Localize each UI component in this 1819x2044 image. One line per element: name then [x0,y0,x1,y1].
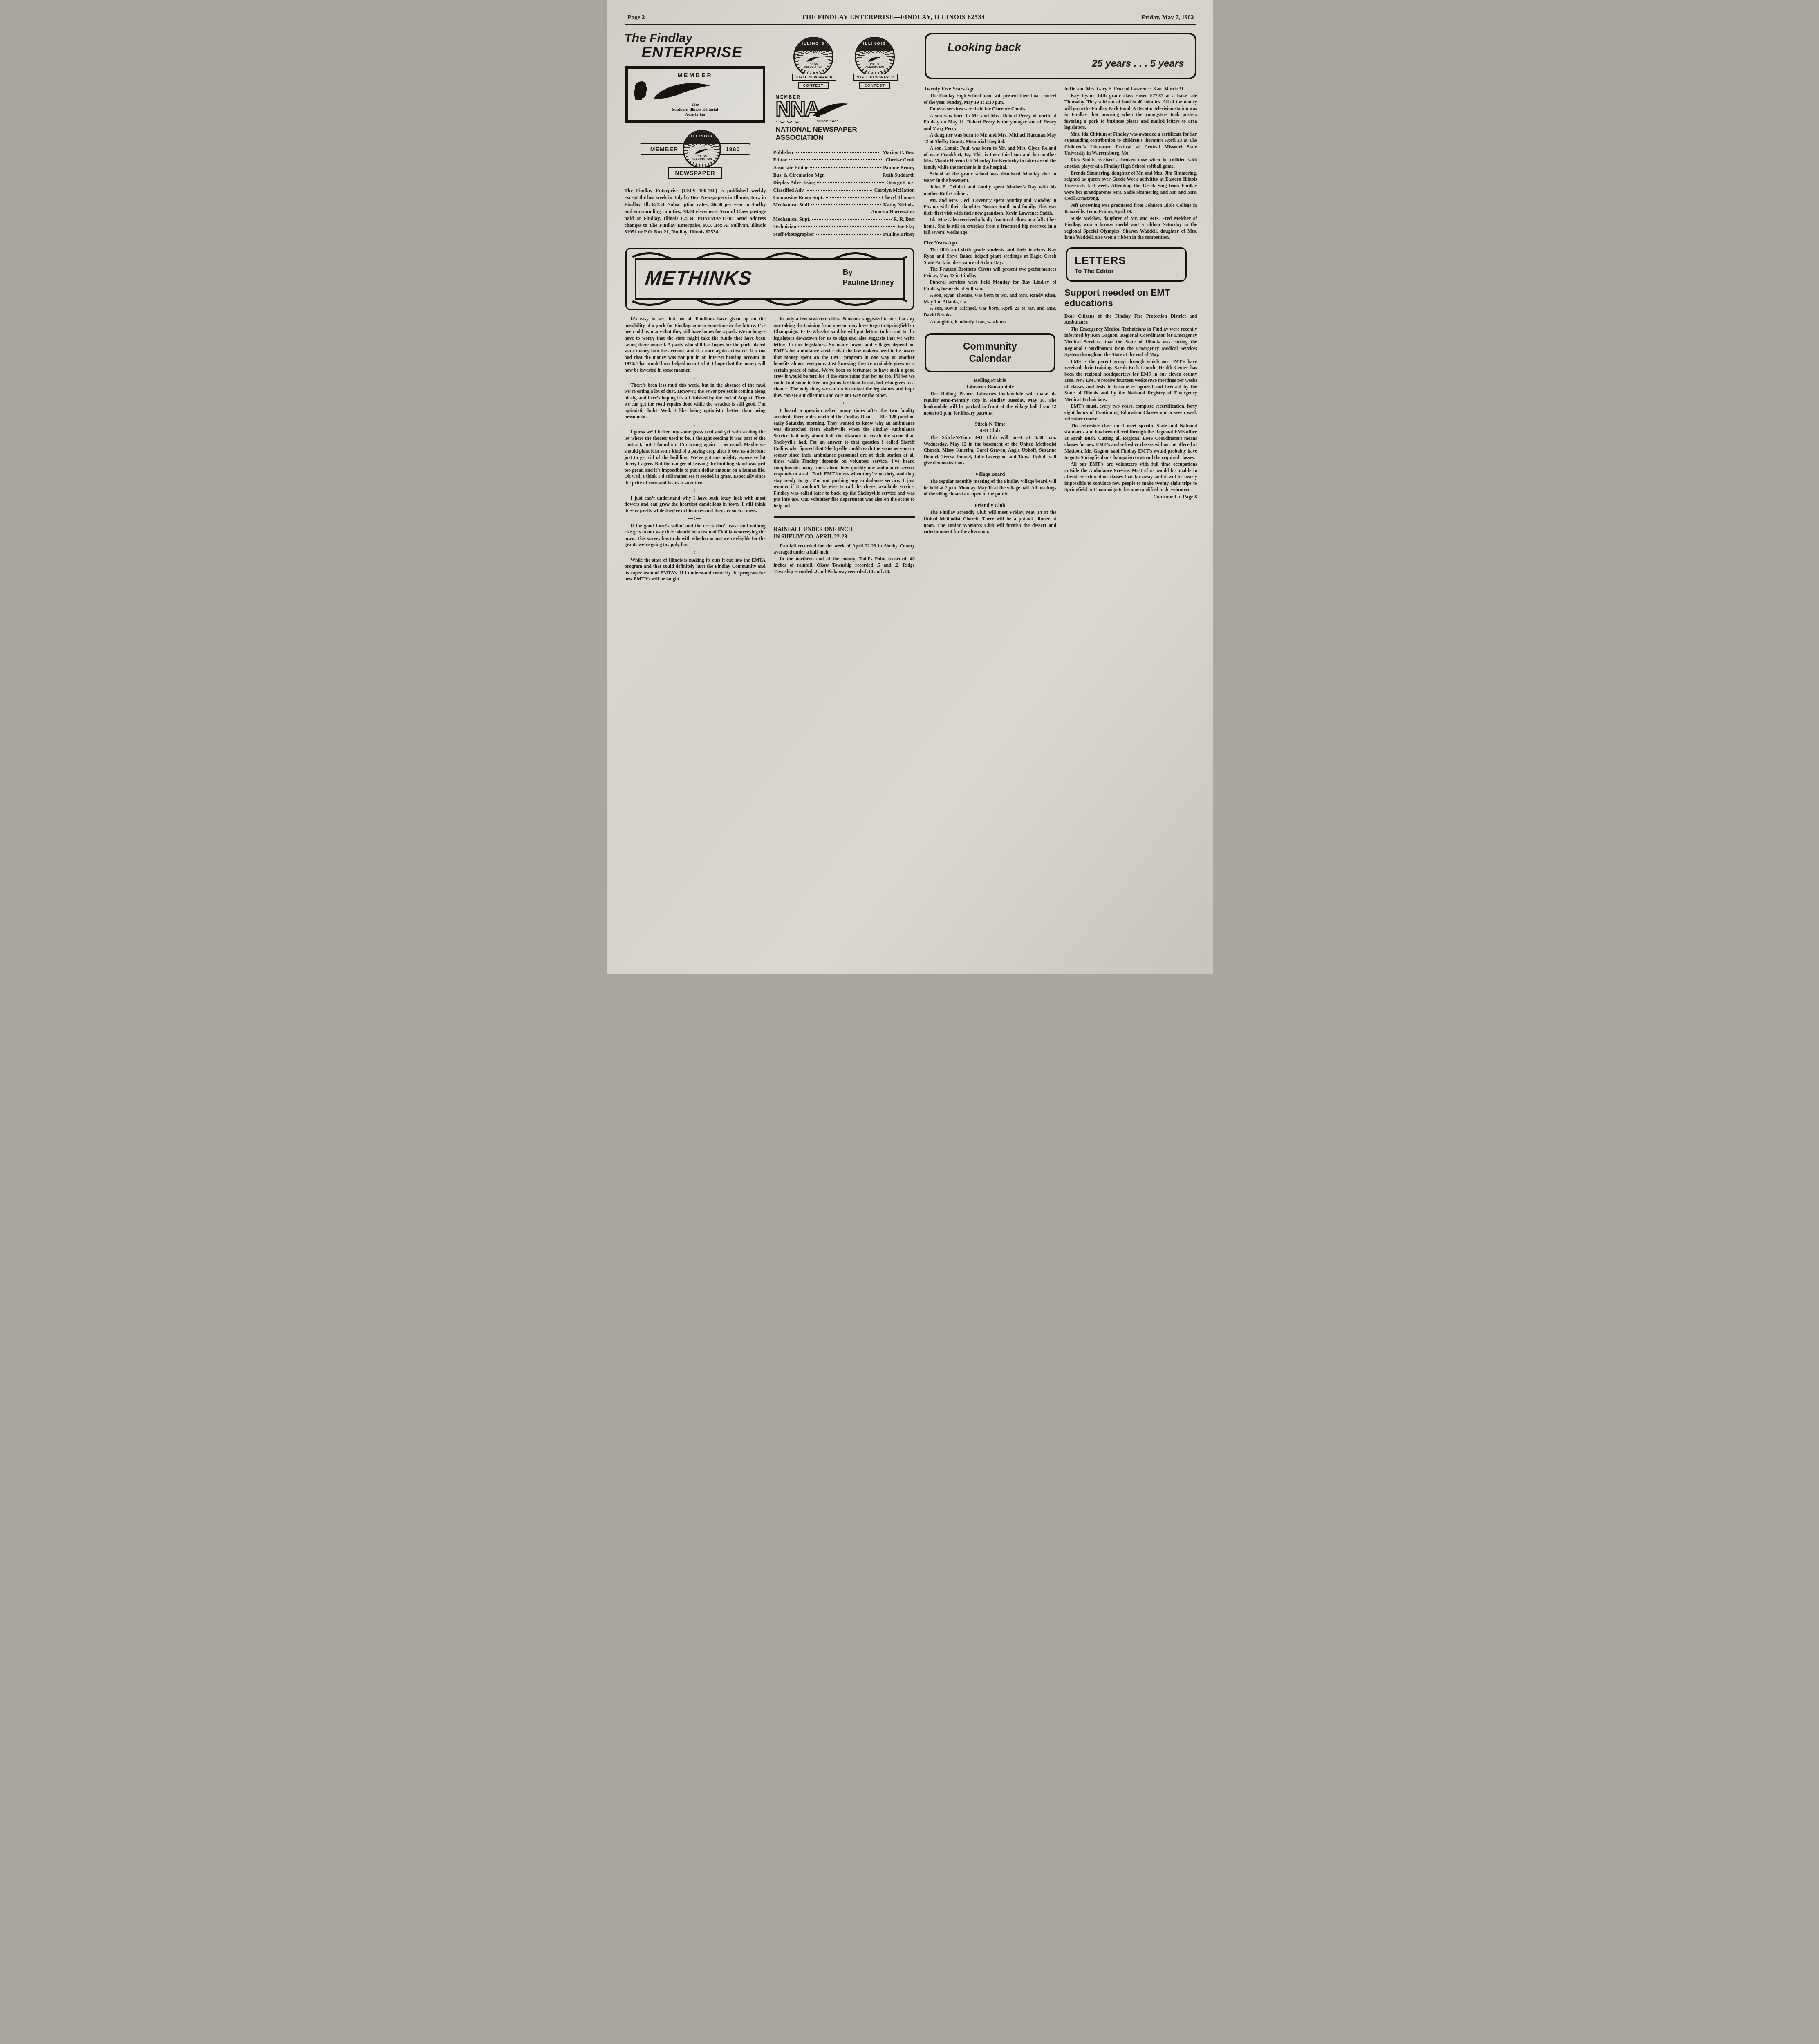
section-heading: Five Years Ago [924,240,1056,246]
calendar-item: The Rolling Prairie Libraries bookmobile… [924,391,1056,416]
staff-role: Associate Editor [773,164,809,171]
community-calendar-header-box: Community Calendar [925,333,1055,372]
rainfall-headline: RAINFALL UNDER ONE INCH IN SHELBY CO. AP… [774,526,915,540]
calendar-heading-line2: Libraries Bookmobile [924,384,1056,390]
staff-name: Marion E. Best [883,149,915,156]
quill-pen-icon [652,80,713,101]
nna-member-badge: MEMBER NNA SINCE 1885 NATIONAL [776,95,915,141]
staff-role: Bus. & Circulation Mgr. [773,171,825,179]
editorial-association-member-box: MEMBER The Southern Il [625,66,765,123]
methinks-byline: By Pauline Briney [843,268,894,288]
staff-row: Associate EditorPauline Briney [773,164,915,171]
paragraph: I heard a question asked many times afte… [774,408,915,509]
dotted-leader [812,219,891,220]
news-item: A son was born to Mr. and Mrs. Robert Pe… [924,113,1056,132]
letter-salutation: Dear Citizens of the Findlay Fire Protec… [1064,313,1197,326]
sie-member-label: MEMBER [632,72,759,78]
page-masthead: THE FINDLAY ENTERPRISE—FINDLAY, ILLINOIS… [802,14,985,21]
dotted-leader [827,175,880,175]
staff-name: Cherise Cruit [885,156,914,164]
news-item: A daughter, Kimberly Jean, was born [924,319,1056,325]
staff-name: Pauline Briney [883,164,915,171]
ipa-seal-line2: ASSOCIATION [692,158,712,161]
letters-subtitle: To The Editor [1075,268,1178,275]
news-item: Ida Mae Allen received a badly fractured… [924,217,1056,236]
methinks-header-box: METHINKS By Pauline Briney [625,248,914,310]
contest-seal-banner2: CONTEST [798,82,829,89]
contest-seal-line1: PRESS [809,63,818,66]
byline-by: By [843,268,853,277]
calendar-section-heading: Rolling Prairie Libraries Bookmobile [924,377,1056,390]
sie-org-name: The Southern Illinois Editorial Associat… [632,102,759,118]
page-header: Page 2 THE FINDLAY ENTERPRISE—FINDLAY, I… [625,12,1197,24]
calendar-item: The Findlay Friendly Club will meet Frid… [924,509,1056,535]
left-top-columns: The Findlay ENTERPRISE MEMBER [625,31,915,240]
staff-name-second-line: Annetta Hortenstine [773,208,915,215]
staff-name: Ruth Suddarth [883,171,915,179]
portrait-graphic [632,80,650,101]
nna-org-name: NATIONAL NEWSPAPER ASSOCIATION [776,126,915,141]
state-newspaper-contest-seal: ILLINOIS PRESS ASSOCIATION STATE NEWSPAP… [792,37,835,89]
letters-title: LETTERS [1075,254,1178,267]
column-title: METHINKS [644,267,833,289]
section-divider: —:— [625,421,766,428]
ipa-year-ribbon: 1980 [719,143,750,155]
news-item: Rick Smith received a broken nose when h… [1064,157,1197,170]
news-item: School at the grade school was dismissed… [924,171,1056,184]
news-item: Funeral services were held for Clarence … [924,106,1056,112]
letter-paragraph: All our EMT’s are volunteers with full t… [1064,461,1197,493]
nameplate-line2: ENTERPRISE [625,45,766,60]
paragraph: I guess we’d better buy some grass seed … [625,429,766,486]
community-calendar-title-line2: Calendar [930,353,1050,365]
section-divider: —:— [625,549,766,556]
staff-role: Editor [773,156,787,164]
left-column-2: ILLINOIS PRESS ASSOCIATION STATE NEWSPAP… [773,31,915,240]
news-item: Funeral services were held Monday for Ra… [924,279,1056,292]
section-divider: —:— [625,374,766,381]
staff-row: TechnicianJoe Elzy [773,223,915,230]
nna-since-label: SINCE 1885 [817,119,839,123]
dotted-leader [798,226,895,227]
methinks-column-1: It’s easy to see that not all Findlians … [625,316,766,583]
sie-org-line2: Association [685,113,705,117]
staff-role: Staff Photographer [773,231,815,238]
contest-seal-banner2: CONTEST [859,82,890,89]
dotted-leader [807,190,872,191]
right-half: Looking back 25 years . . . 5 years Twen… [924,31,1197,583]
looking-back-column-2: to Dr. and Mrs. Gary E. Price of Lawrenc… [1064,86,1197,536]
news-item: The Franzen Brothers Circus will present… [924,266,1056,279]
contest-seal-arc: ILLINOIS [856,41,894,46]
community-calendar-title-line1: Community [930,341,1050,353]
calendar-item: The regular monthly meeting of the Findl… [924,478,1056,498]
sie-org-the: The [692,102,699,107]
contest-seal-banner1: STATE NEWSPAPER [792,74,836,81]
staff-name: R. R. Best [894,215,915,223]
staff-row: Composing Room Supt.Cheryl Thomas [773,194,915,201]
nameplate: The Findlay ENTERPRISE [625,32,766,61]
quill-icon [812,101,851,119]
quill-icon [806,56,821,63]
contest-seal-arc: ILLINOIS [795,41,832,46]
letters-to-editor-box: LETTERS To The Editor [1066,247,1186,282]
section-divider: —:— [625,487,766,494]
paragraph: It’s easy to see that not all Findlians … [625,316,766,373]
contest-seal-graphic: ILLINOIS PRESS ASSOCIATION [855,37,895,77]
staff-role: Technician [773,223,796,230]
letter-headline: Support needed on EMT educations [1064,287,1197,309]
staff-role: Publisher [773,149,794,156]
news-item: Susie Melcher, daughter of Mr. and Mrs. … [1064,215,1197,241]
news-item: to Dr. and Mrs. Gary E. Price of Lawrenc… [1064,86,1197,92]
newspaper-page: Page 2 THE FINDLAY ENTERPRISE—FINDLAY, I… [607,0,1213,974]
methinks-title-box: METHINKS By Pauline Briney [635,258,905,300]
left-column-1: The Findlay ENTERPRISE MEMBER [625,31,766,240]
paragraph: There’s been less mud this week, but in … [625,382,766,420]
news-item: The fifth and sixth grade students and t… [924,247,1056,266]
staff-role: Display Advertising [773,179,815,186]
staff-row: Mechanical StaffKathy Nichols, [773,201,915,208]
rainfall-headline-line2: IN SHELBY CO. APRIL 22-29 [774,533,847,540]
staff-row: PublisherMarion E. Best [773,149,915,156]
wavy-border-top [632,252,907,258]
contest-seal-center: PRESS ASSOCIATION [798,53,829,72]
letter-paragraph: The Emergency Medical Technicians in Fin… [1064,326,1197,358]
looking-back-body: Twenty Five Years Ago The Findlay High S… [924,86,1197,536]
article-rule [774,516,915,518]
ipa-member-ribbon: MEMBER [640,143,685,155]
dotted-leader [810,167,881,168]
staff-name: Cheryl Thomas [882,194,915,201]
paragraph: in only a few scattered cities. Someone … [774,316,915,399]
dotted-leader [817,182,884,183]
contest-seal-line1: PRESS [870,63,879,66]
letter-paragraph: The refresher class must meet specific S… [1064,423,1197,461]
news-item: Mrs. Ida Chittum of Findlay was awarded … [1064,131,1197,157]
contest-seal-center: PRESS ASSOCIATION [860,53,890,72]
dotted-leader [811,204,881,205]
paragraph: In the northern end of the county, Todd’… [774,556,915,575]
looking-back-header-box: Looking back 25 years . . . 5 years [925,33,1196,79]
calendar-heading-line1: Friendly Club [924,502,1056,509]
page-date: Friday, May 7, 1982 [1142,14,1194,21]
calendar-heading-line1: Stitch-N-Time [924,421,1056,428]
staff-name: Joe Elzy [897,223,915,230]
illinois-press-association-seal: ILLINOIS PRESS ASSOCIATION [683,130,721,168]
calendar-section-heading: Stitch-N-Time 4-H Club [924,421,1056,434]
staff-row: EditorCherise Cruit [773,156,915,164]
staff-row: Classified Adv.Carolyn McHatton [773,186,915,194]
staff-role: Mechanical Supt. [773,215,811,223]
paragraph: While the state of Illinois is making it… [625,557,766,583]
paragraph: If the good Lord’s willin’ and the creek… [625,523,766,548]
sie-artwork [632,80,759,101]
dotted-leader [789,159,883,160]
methinks-body: It’s easy to see that not all Findlians … [625,316,915,583]
ipa-ribbon-row: MEMBER ILLINOIS PRESS ASSOCIATION 1980 [625,130,766,168]
staff-role: Classified Adv. [773,186,805,194]
quill-icon [695,148,709,155]
staff-row: Bus. & Circulation Mgr.Ruth Suddarth [773,171,915,179]
byline-name: Pauline Briney [843,278,894,287]
staff-row: Mechanical Supt.R. R. Best [773,215,915,223]
contest-seal-banner1: STATE NEWSPAPER [853,74,898,81]
contest-seals: ILLINOIS PRESS ASSOCIATION STATE NEWSPAP… [773,37,915,89]
page-body: The Findlay ENTERPRISE MEMBER [625,31,1197,583]
dotted-leader [796,152,880,153]
header-rule [625,24,1196,25]
paragraph: I just can’t understand why I have such … [625,495,766,514]
news-item: The Findlay High School band will presen… [924,93,1056,105]
page-number: Page 2 [628,14,645,21]
news-item: Brenda Simmering, daughter of Mr. and Mr… [1064,170,1197,202]
news-item: John E. Cribbet and family spent Mother’… [924,184,1056,197]
contest-seal-line2: ASSOCIATION [804,66,822,69]
staff-box: PublisherMarion E. Best EditorCherise Cr… [773,149,915,238]
calendar-heading-line1: Village Board [924,471,1056,478]
looking-back-column-1: Twenty Five Years Ago The Findlay High S… [924,86,1056,536]
staff-name: Carolyn McHatton [874,186,915,194]
ipa-newspaper-banner: NEWSPAPER [668,167,722,179]
left-half: The Findlay ENTERPRISE MEMBER [625,31,915,583]
paragraph: Rainfall recorded for the week of April … [774,543,915,556]
nna-org-line2: ASSOCIATION [776,134,824,141]
masthead-info: The Findlay Enterprise (USPS 190-760) is… [625,187,766,235]
news-item: A son, Kevin Michael, was born, April 21… [924,305,1056,318]
state-newspaper-contest-seal: ILLINOIS PRESS ASSOCIATION STATE NEWSPAP… [853,37,896,89]
ipa-seal-center: PRESS ASSOCIATION [687,145,717,164]
calendar-section-heading: Friendly Club [924,502,1056,509]
dotted-leader [826,197,880,198]
staff-name: Pauline Briney [883,231,915,238]
contest-seal-line2: ASSOCIATION [865,66,884,69]
quill-icon [867,56,882,63]
contest-seal-graphic: ILLINOIS PRESS ASSOCIATION [793,37,833,77]
nna-since-row: SINCE 1885 [776,119,915,123]
calendar-heading-line1: Rolling Prairie [924,377,1056,384]
press-association-member-badge: MEMBER ILLINOIS PRESS ASSOCIATION 1980 [625,130,766,179]
staff-name: George Lozzi [886,179,914,186]
section-heading: Twenty Five Years Ago [924,86,1056,92]
methinks-column-2: in only a few scattered cities. Someone … [774,316,915,583]
ipa-seal-line1: PRESS [697,155,707,158]
staff-row: Display AdvertisingGeorge Lozzi [773,179,915,186]
signature-squiggle-graphic [776,120,813,123]
ipa-seal-arc-text: ILLINOIS [684,134,720,138]
staff-role: Composing Room Supt. [773,194,824,201]
calendar-section-heading: Village Board [924,471,1056,478]
nna-logo: NNA [776,100,915,119]
section-divider: —:— [625,515,766,522]
calendar-heading-line2: 4-H Club [924,428,1056,434]
news-item: Jeff Browning was graduated from Johnson… [1064,202,1197,215]
news-item: Kay Ryan’s fifth grade class raised $77.… [1064,93,1197,131]
calendar-item: The Stitch-N-Time 4-H Club will meet at … [924,435,1056,466]
news-item: A son, Lonnie Paul, was born to Mr. and … [924,145,1056,170]
sie-org-line1: Southern Illinois Editorial [672,108,718,112]
nameplate-line1: The Findlay [625,32,766,45]
letter-paragraph: EMS is the parent group through which ou… [1064,359,1197,403]
rainfall-headline-line1: RAINFALL UNDER ONE INCH [774,526,853,532]
nna-org-line1: NATIONAL NEWSPAPER [776,126,857,133]
looking-back-title: Looking back [937,41,1184,54]
news-item: A son, Ryan Thomas, was born to Mr. and … [924,292,1056,305]
section-divider: —:— [774,400,915,406]
news-item: A daughter was born to Mr. and Mrs. Mich… [924,132,1056,145]
staff-role: Mechanical Staff [773,201,809,208]
dotted-leader [816,234,881,235]
looking-back-subtitle: 25 years . . . 5 years [937,58,1184,69]
continued-notice: Continued to Page 8 [1064,494,1197,500]
staff-name: Kathy Nichols, [883,201,914,208]
wavy-border-bottom [632,300,907,306]
letter-paragraph: EMT’s must, every two years, complete re… [1064,403,1197,422]
staff-row: Staff PhotographerPauline Briney [773,231,915,238]
news-item: Mr. and Mrs. Cecil Coventry spent Sunday… [924,197,1056,217]
